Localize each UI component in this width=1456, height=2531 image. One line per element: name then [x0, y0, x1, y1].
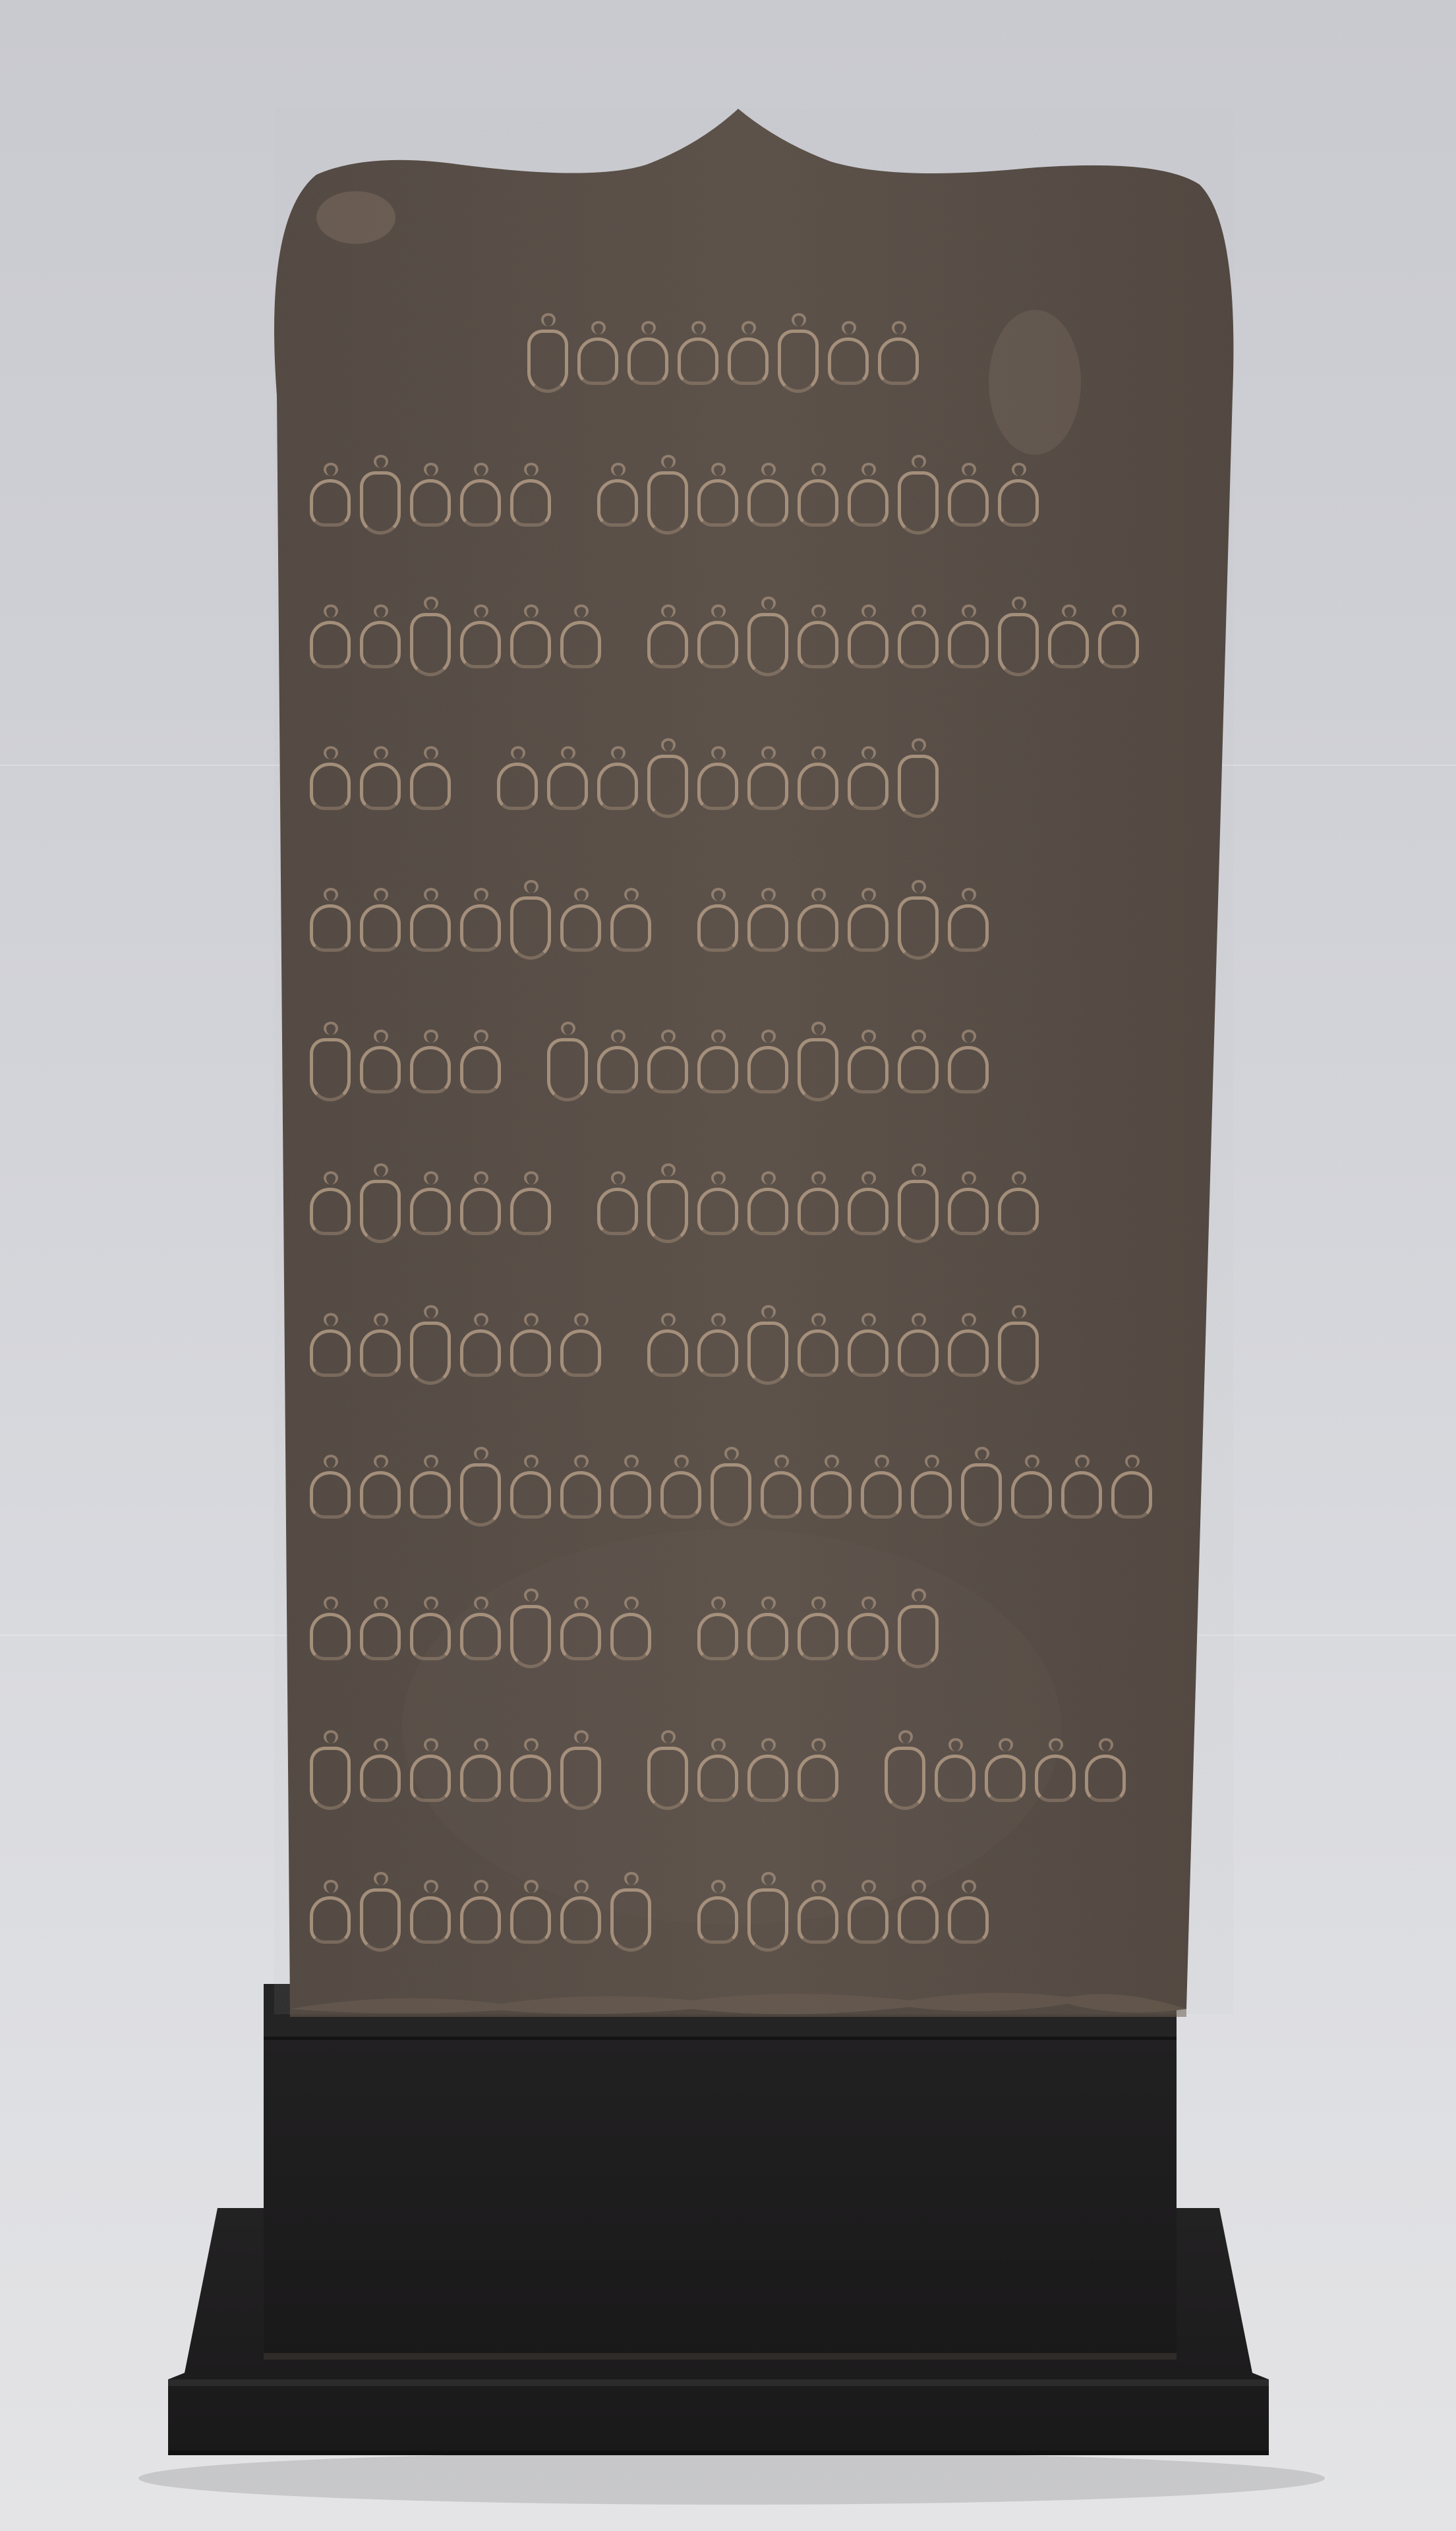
- incised-glyph: [911, 1471, 952, 1519]
- incised-glyph: [948, 1046, 989, 1093]
- incised-glyph: [1061, 1471, 1102, 1519]
- incised-glyph: [798, 621, 838, 668]
- incised-glyph: [360, 1471, 401, 1519]
- incised-glyph: [811, 1471, 852, 1519]
- inscription-word: [310, 1324, 601, 1383]
- incised-glyph: [560, 1329, 601, 1377]
- incised-glyph: [1098, 621, 1139, 668]
- inscription-word: [310, 473, 551, 533]
- inscription-word: [310, 898, 651, 958]
- incised-glyph: [560, 904, 601, 952]
- incised-glyph: [560, 1471, 601, 1519]
- pedestal-base-edge: [264, 2353, 1177, 2360]
- incised-glyph: [560, 621, 601, 668]
- inscription-word: [697, 1890, 989, 1950]
- incised-glyph: [510, 621, 551, 668]
- inscription-line: [310, 1140, 1193, 1282]
- inscription-word: [647, 615, 1139, 674]
- inscription-word: [697, 1607, 939, 1666]
- plinth-molding: [168, 2379, 1269, 2386]
- inscription-line: [310, 1282, 1193, 1424]
- incised-glyph: [310, 904, 351, 952]
- incised-glyph: [510, 896, 551, 960]
- incised-glyph: [747, 1046, 788, 1093]
- incised-glyph: [848, 763, 888, 810]
- incised-glyph: [310, 621, 351, 668]
- incised-glyph: [898, 755, 939, 818]
- incised-glyph: [998, 1188, 1039, 1235]
- pedestal-block: [264, 1984, 1177, 2360]
- incised-glyph: [1085, 1755, 1126, 1802]
- incised-glyph: [747, 1613, 788, 1660]
- incised-glyph: [697, 1613, 738, 1660]
- incised-glyph: [798, 1329, 838, 1377]
- incised-glyph: [697, 763, 738, 810]
- incised-glyph: [697, 621, 738, 668]
- incised-glyph: [460, 479, 501, 527]
- inscription-word: [310, 1040, 501, 1099]
- inscription-line: [310, 1565, 1193, 1707]
- incised-glyph: [885, 1747, 925, 1810]
- incised-glyph: [798, 763, 838, 810]
- incised-glyph: [747, 1755, 788, 1802]
- weathered-patch: [316, 191, 395, 244]
- incised-glyph: [660, 1471, 701, 1519]
- incised-glyph: [848, 1188, 888, 1235]
- incised-glyph: [1035, 1755, 1076, 1802]
- floor-shadow: [138, 2452, 1325, 2505]
- incised-glyph: [647, 471, 688, 535]
- incised-glyph: [597, 763, 638, 810]
- incised-glyph: [798, 1038, 838, 1101]
- incised-glyph: [948, 479, 989, 527]
- incised-glyph: [948, 1188, 989, 1235]
- incised-glyph: [728, 337, 769, 385]
- incised-glyph: [948, 1896, 989, 1944]
- incised-glyph: [410, 904, 451, 952]
- incised-glyph: [898, 1329, 939, 1377]
- inscription-word: [547, 1040, 989, 1099]
- incised-glyph: [798, 904, 838, 952]
- incised-glyph: [747, 613, 788, 676]
- incised-glyph: [935, 1755, 976, 1802]
- incised-glyph: [647, 755, 688, 818]
- incised-glyph: [697, 1755, 738, 1802]
- incised-glyph: [898, 1896, 939, 1944]
- inscription-line: [310, 290, 1193, 432]
- incised-glyph: [560, 1896, 601, 1944]
- incised-glyph: [998, 1322, 1039, 1385]
- inscription-word: [310, 1465, 1152, 1525]
- inscription-word: [310, 1607, 651, 1666]
- incised-glyph: [798, 1613, 838, 1660]
- incised-glyph: [560, 1747, 601, 1810]
- inscription-line: [310, 1707, 1193, 1849]
- incised-glyph: [310, 1896, 351, 1944]
- inscription-line: [310, 999, 1193, 1140]
- incised-glyph: [948, 1329, 989, 1377]
- incised-glyph: [460, 1896, 501, 1944]
- incised-glyph: [998, 613, 1039, 676]
- incised-glyph: [310, 1747, 351, 1810]
- incised-glyph: [898, 1180, 939, 1243]
- stele-object: [0, 0, 1456, 2531]
- incised-glyph: [848, 1896, 888, 1944]
- plinth-bottom-edge: [168, 2451, 1269, 2455]
- inscription-word: [647, 1324, 1039, 1383]
- incised-glyph: [798, 1896, 838, 1944]
- incised-glyph: [798, 1188, 838, 1235]
- incised-glyph: [747, 1322, 788, 1385]
- incised-glyph: [310, 1038, 351, 1101]
- incised-glyph: [747, 479, 788, 527]
- inscription-line: [310, 857, 1193, 999]
- incised-glyph: [410, 1755, 451, 1802]
- incised-glyph: [898, 621, 939, 668]
- inscription-word: [310, 1890, 651, 1950]
- incised-glyph: [711, 1463, 751, 1527]
- incised-glyph: [697, 904, 738, 952]
- incised-glyph: [610, 1888, 651, 1952]
- incised-glyph: [747, 1888, 788, 1952]
- inscription-word: [310, 615, 601, 674]
- incised-glyph: [647, 1046, 688, 1093]
- incised-glyph: [610, 1613, 651, 1660]
- incised-glyph: [410, 1188, 451, 1235]
- incised-glyph: [310, 1613, 351, 1660]
- inscription-word: [697, 898, 989, 958]
- incised-glyph: [627, 337, 668, 385]
- incised-glyph: [577, 337, 618, 385]
- incised-glyph: [961, 1463, 1002, 1527]
- incised-glyph: [678, 337, 718, 385]
- incised-glyph: [798, 479, 838, 527]
- pedestal-groove: [264, 2037, 1177, 2040]
- inscription-word: [597, 1182, 1039, 1241]
- incised-glyph: [848, 479, 888, 527]
- incised-glyph: [747, 763, 788, 810]
- incised-glyph: [985, 1755, 1026, 1802]
- incised-glyph: [647, 1329, 688, 1377]
- incised-glyph: [848, 1613, 888, 1660]
- incised-glyph: [360, 1329, 401, 1377]
- incised-glyph: [497, 763, 538, 810]
- incised-glyph: [697, 1188, 738, 1235]
- incised-glyph: [360, 763, 401, 810]
- incised-glyph: [848, 1329, 888, 1377]
- incised-glyph: [878, 337, 919, 385]
- incised-glyph: [597, 479, 638, 527]
- incised-glyph: [510, 1755, 551, 1802]
- inscription-word: [497, 757, 939, 816]
- incised-glyph: [527, 330, 568, 393]
- incised-glyph: [697, 1329, 738, 1377]
- inscription-word: [310, 757, 451, 816]
- incised-glyph: [898, 1046, 939, 1093]
- inscription-line: [310, 715, 1193, 857]
- incised-glyph: [410, 613, 451, 676]
- incised-glyph: [510, 1471, 551, 1519]
- incised-glyph: [360, 1046, 401, 1093]
- inscription-word: [885, 1749, 1126, 1808]
- incised-glyph: [510, 1896, 551, 1944]
- inscription-line: [310, 1849, 1193, 1991]
- incised-glyph: [460, 1463, 501, 1527]
- incised-glyph: [410, 1896, 451, 1944]
- incised-glyph: [848, 904, 888, 952]
- incised-glyph: [460, 1188, 501, 1235]
- incised-glyph: [460, 621, 501, 668]
- incised-glyph: [998, 479, 1039, 527]
- incised-glyph: [1011, 1471, 1052, 1519]
- incised-glyph: [310, 1471, 351, 1519]
- incised-glyph: [647, 1747, 688, 1810]
- incised-glyph: [647, 1180, 688, 1243]
- incised-glyph: [547, 763, 588, 810]
- incised-glyph: [360, 1755, 401, 1802]
- incised-glyph: [360, 621, 401, 668]
- inscription: [310, 290, 1193, 1991]
- incised-glyph: [410, 763, 451, 810]
- incised-glyph: [747, 1188, 788, 1235]
- inscription-word: [597, 473, 1039, 533]
- incised-glyph: [697, 479, 738, 527]
- incised-glyph: [547, 1038, 588, 1101]
- incised-glyph: [460, 1046, 501, 1093]
- incised-glyph: [861, 1471, 902, 1519]
- incised-glyph: [510, 1188, 551, 1235]
- incised-glyph: [761, 1471, 801, 1519]
- incised-glyph: [747, 904, 788, 952]
- incised-glyph: [460, 1613, 501, 1660]
- incised-glyph: [510, 1329, 551, 1377]
- incised-glyph: [848, 1046, 888, 1093]
- inscription-word: [310, 1182, 551, 1241]
- incised-glyph: [647, 621, 688, 668]
- incised-glyph: [410, 1471, 451, 1519]
- incised-glyph: [828, 337, 869, 385]
- incised-glyph: [610, 904, 651, 952]
- inscription-line: [310, 1424, 1193, 1565]
- incised-glyph: [1111, 1471, 1152, 1519]
- incised-glyph: [610, 1471, 651, 1519]
- incised-glyph: [898, 896, 939, 960]
- incised-glyph: [898, 1605, 939, 1668]
- incised-glyph: [460, 1755, 501, 1802]
- incised-glyph: [410, 1046, 451, 1093]
- incised-glyph: [948, 904, 989, 952]
- inscription-word: [310, 1749, 601, 1808]
- incised-glyph: [360, 1888, 401, 1952]
- inscription-line: [310, 432, 1193, 573]
- incised-glyph: [410, 479, 451, 527]
- incised-glyph: [310, 1188, 351, 1235]
- incised-glyph: [597, 1046, 638, 1093]
- incised-glyph: [778, 330, 819, 393]
- incised-glyph: [360, 471, 401, 535]
- incised-glyph: [948, 621, 989, 668]
- incised-glyph: [697, 1046, 738, 1093]
- incised-glyph: [597, 1188, 638, 1235]
- inscription-word: [527, 332, 919, 391]
- incised-glyph: [848, 621, 888, 668]
- incised-glyph: [310, 763, 351, 810]
- incised-glyph: [510, 479, 551, 527]
- incised-glyph: [560, 1613, 601, 1660]
- incised-glyph: [360, 1613, 401, 1660]
- incised-glyph: [410, 1322, 451, 1385]
- incised-glyph: [310, 1329, 351, 1377]
- incised-glyph: [510, 1605, 551, 1668]
- incised-glyph: [798, 1755, 838, 1802]
- incised-glyph: [410, 1613, 451, 1660]
- incised-glyph: [360, 904, 401, 952]
- incised-glyph: [697, 1896, 738, 1944]
- incised-glyph: [1048, 621, 1089, 668]
- incised-glyph: [360, 1180, 401, 1243]
- incised-glyph: [310, 479, 351, 527]
- inscription-word: [647, 1749, 838, 1808]
- incised-glyph: [460, 904, 501, 952]
- inscription-line: [310, 573, 1193, 715]
- incised-glyph: [460, 1329, 501, 1377]
- incised-glyph: [898, 471, 939, 535]
